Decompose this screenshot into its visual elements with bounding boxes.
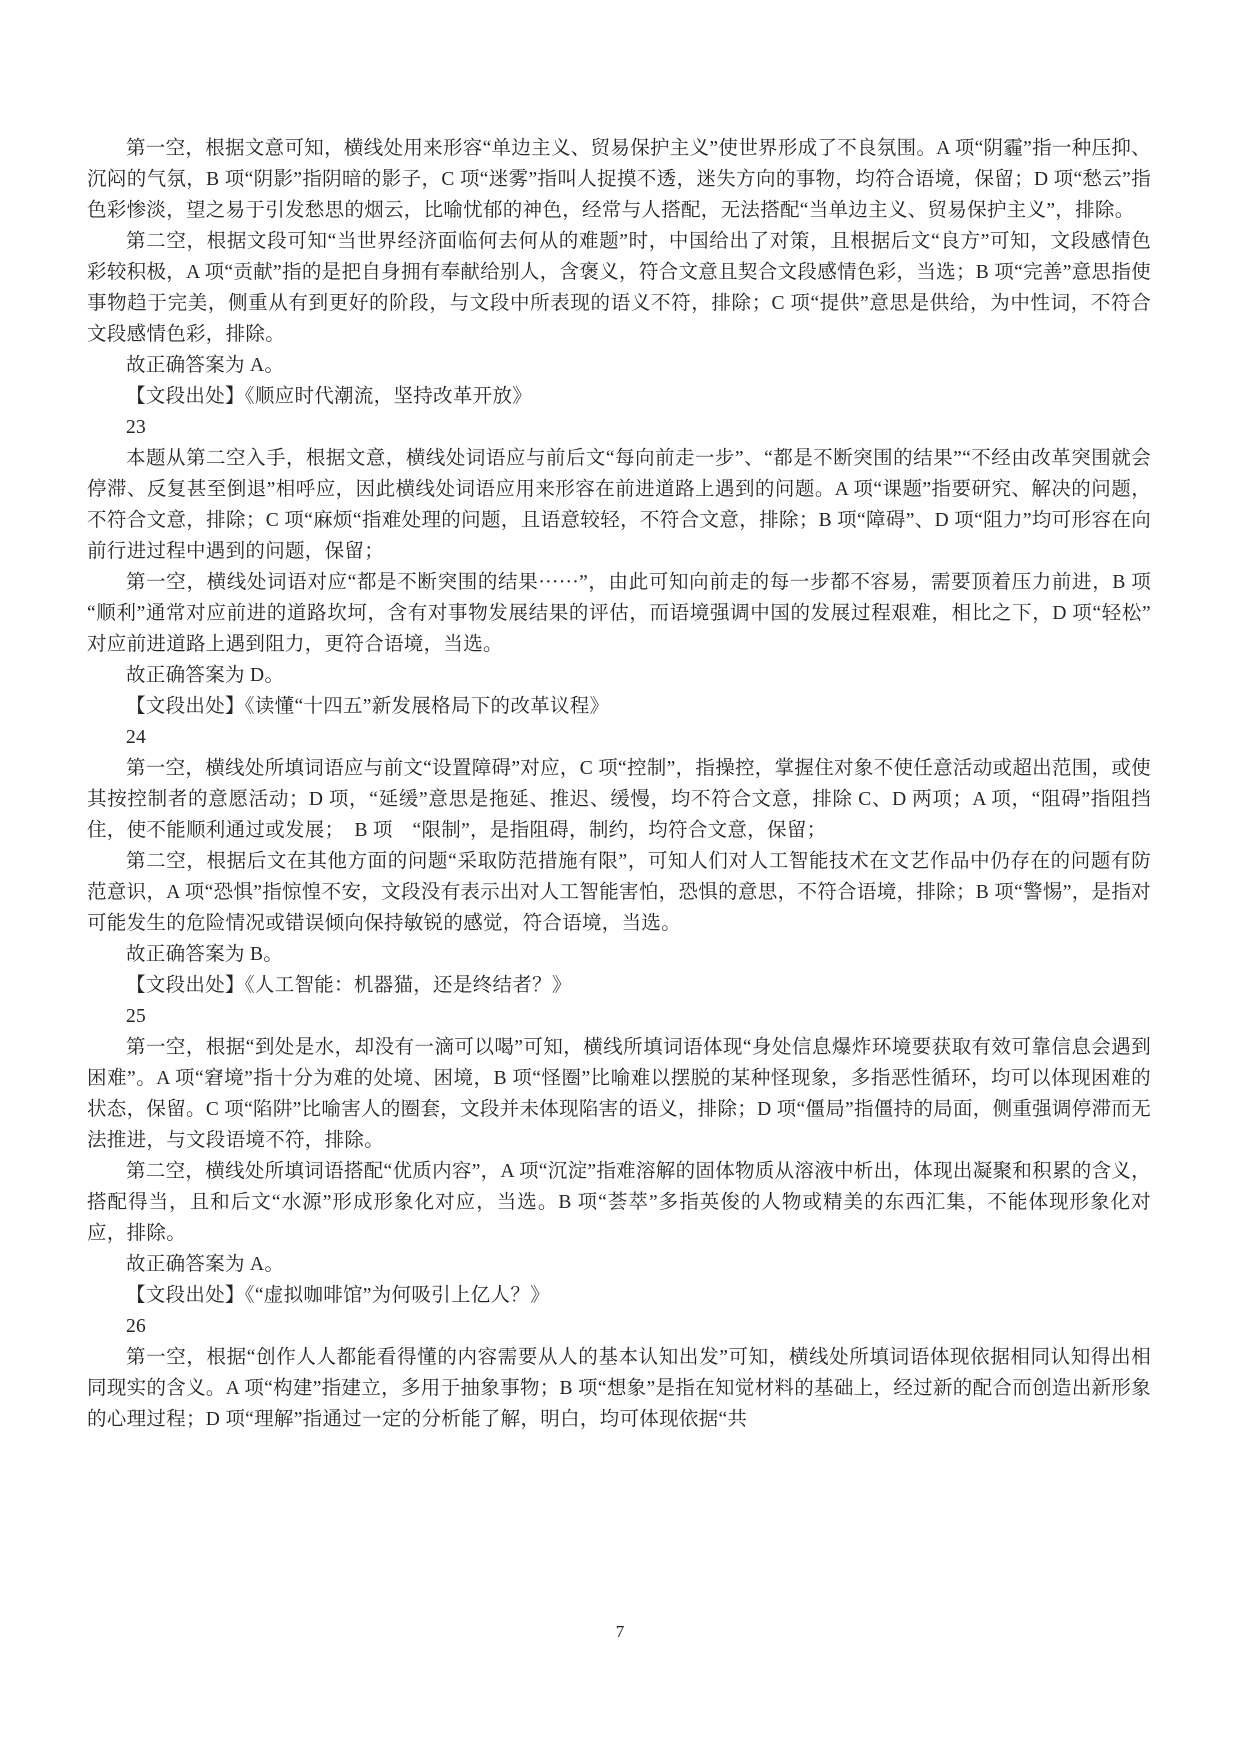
answer-line: 故正确答案为 A。: [87, 350, 1151, 381]
explanation-paragraph: 第一空，根据文意可知，横线处用来形容“单边主义、贸易保护主义”使世界形成了不良氛…: [87, 133, 1151, 226]
explanation-paragraph: 第二空，横线处所填词语搭配“优质内容”，A 项“沉淀”指难溶解的固体物质从溶液中…: [87, 1156, 1151, 1249]
explanation-paragraph: 第二空，根据后文在其他方面的问题“采取防范措施有限”，可知人们对人工智能技术在文…: [87, 846, 1151, 939]
explanation-paragraph: 第一空，根据“到处是水，却没有一滴可以喝”可知，横线所填词语体现“身处信息爆炸环…: [87, 1032, 1151, 1156]
explanation-paragraph: 本题从第二空入手，根据文意，横线处词语应与前后文“每向前走一步”、“都是不断突围…: [87, 443, 1151, 567]
explanation-paragraph: 第二空，根据文段可知“当世界经济面临何去何从的难题”时，中国给出了对策，且根据后…: [87, 226, 1151, 350]
explanation-paragraph: 第一空，横线处所填词语应与前文“设置障碍”对应，C 项“控制”，指操控，掌握住对…: [87, 753, 1151, 846]
source-line: 【文段出处】《读懂“十四五”新发展格局下的改革议程》: [87, 691, 1151, 722]
answer-line: 故正确答案为 B。: [87, 939, 1151, 970]
source-line: 【文段出处】《“虚拟咖啡馆”为何吸引上亿人？》: [87, 1280, 1151, 1311]
document-page: 第一空，根据文意可知，横线处用来形容“单边主义、贸易保护主义”使世界形成了不良氛…: [0, 0, 1240, 1754]
source-line: 【文段出处】《人工智能：机器猫，还是终结者？》: [87, 970, 1151, 1001]
document-content: 第一空，根据文意可知，横线处用来形容“单边主义、贸易保护主义”使世界形成了不良氛…: [87, 133, 1151, 1435]
explanation-paragraph: 第一空，横线处词语对应“都是不断突围的结果······”，由此可知向前走的每一步…: [87, 567, 1151, 660]
question-number: 26: [87, 1311, 1151, 1342]
question-number: 25: [87, 1001, 1151, 1032]
source-line: 【文段出处】《顺应时代潮流，坚持改革开放》: [87, 381, 1151, 412]
question-number: 23: [87, 412, 1151, 443]
answer-line: 故正确答案为 A。: [87, 1249, 1151, 1280]
question-number: 24: [87, 722, 1151, 753]
answer-line: 故正确答案为 D。: [87, 660, 1151, 691]
explanation-paragraph: 第一空，根据“创作人人都能看得懂的内容需要从人的基本认知出发”可知，横线处所填词…: [87, 1342, 1151, 1435]
page-number: 7: [0, 1622, 1240, 1642]
